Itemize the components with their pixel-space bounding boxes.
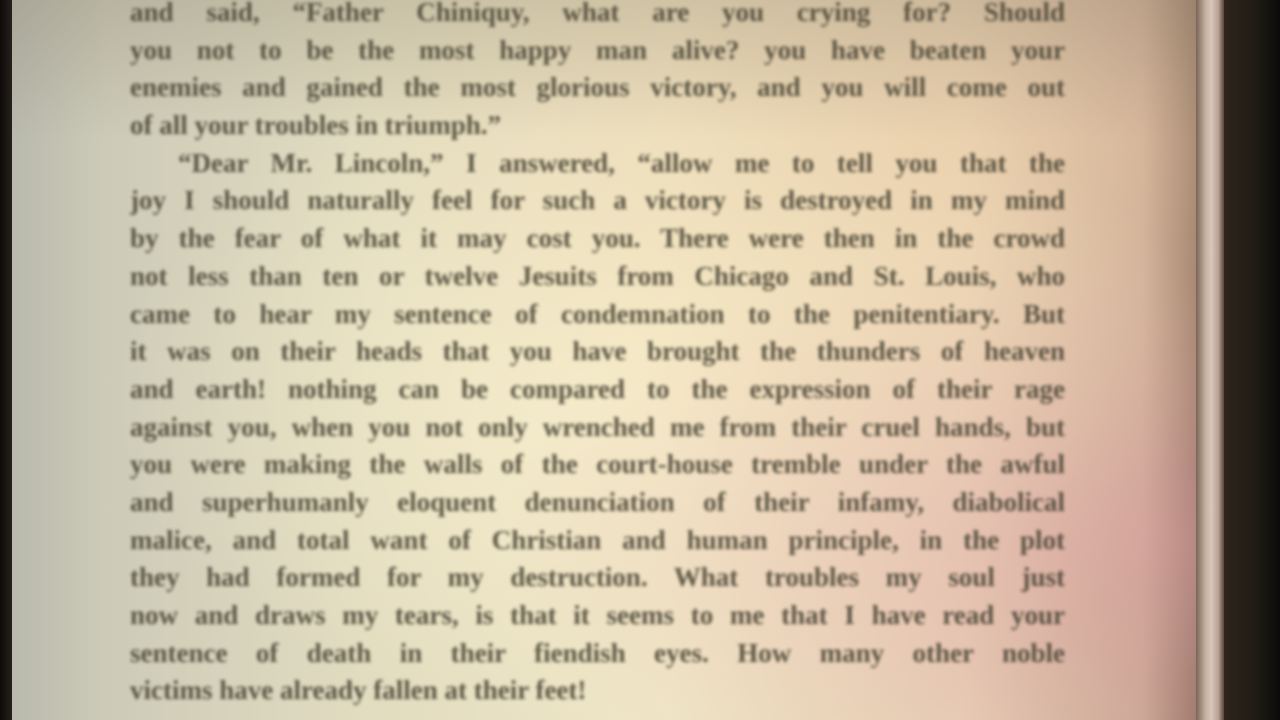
text-line: and superhumanly eloquent denunciation o… [130, 484, 1065, 522]
text-line: malice, and total want of Christian and … [130, 522, 1065, 560]
page-edge-stack [1196, 0, 1224, 720]
text-line: enemies and gained the most glorious vic… [130, 69, 1065, 107]
text-line: you not to be the most happy man alive? … [130, 32, 1065, 70]
text-line: “Dear Mr. Lincoln,” I answered, “allow m… [130, 145, 1065, 183]
right-background-shadow [1224, 0, 1280, 720]
text-line: sentence of death in their fiendish eyes… [130, 635, 1065, 673]
paragraph-1: and said, “Father Chiniquy, what are you… [130, 0, 1065, 145]
text-line: of all your troubles in triumph.” [130, 107, 750, 145]
page-text-block: and said, “Father Chiniquy, what are you… [130, 0, 1065, 710]
paragraph-2: “Dear Mr. Lincoln,” I answered, “allow m… [130, 145, 1065, 710]
text-line: and said, “Father Chiniquy, what are you… [130, 0, 1065, 32]
text-line: and earth! nothing can be compared to th… [130, 371, 1065, 409]
text-line: against you, when you not only wrenched … [130, 409, 1065, 447]
text-line: it was on their heads that you have brou… [130, 333, 1065, 371]
text-line: joy I should naturally feel for such a v… [130, 182, 1065, 220]
text-line: by the fear of what it may cost you. The… [130, 220, 1065, 258]
text-line: came to hear my sentence of condemnation… [130, 296, 1065, 334]
text-line: you were making the walls of the court-h… [130, 446, 1065, 484]
text-line: now and draws my tears, is that it seems… [130, 597, 1065, 635]
text-line: not less than ten or twelve Jesuits from… [130, 258, 1065, 296]
text-line: they had formed for my destruction. What… [130, 559, 1065, 597]
text-line: victims have already fallen at their fee… [130, 672, 690, 710]
